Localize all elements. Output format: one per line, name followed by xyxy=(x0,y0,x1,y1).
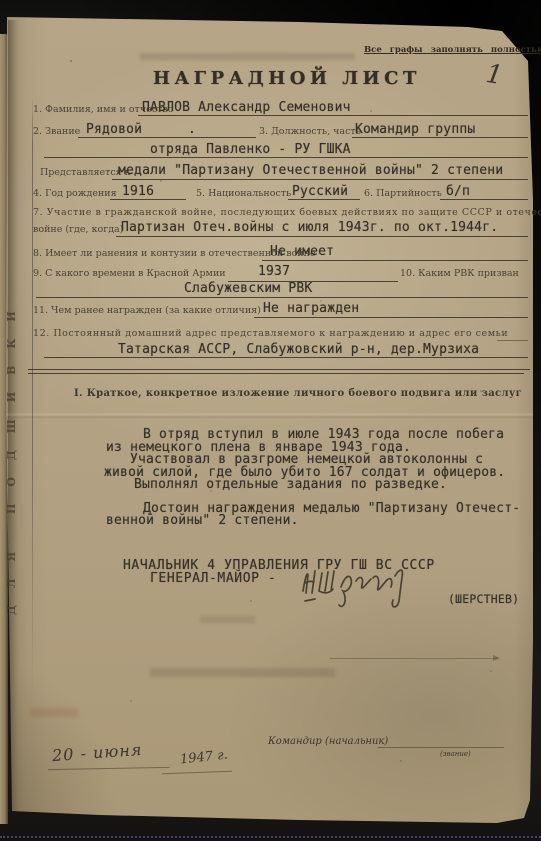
field-2-label: 2. Звание xyxy=(33,126,80,137)
scan-artifact-line xyxy=(0,836,541,838)
field-2-period: . xyxy=(188,122,196,137)
field-12-underline xyxy=(44,357,528,358)
field-1-value: ПАВЛОВ Александр Семенович xyxy=(142,100,351,115)
field-6-value: б/п xyxy=(446,184,470,199)
filing-margin-text: ДЛЯ ПОДШИВКИ xyxy=(5,185,18,615)
field-1-underline xyxy=(138,115,528,116)
field-4-underline xyxy=(110,199,186,200)
field-10-label: 10. Каким РВК призван xyxy=(400,268,519,279)
fold-crease xyxy=(6,412,533,419)
field-7-label-line1: 7. Участие в гражданской войне, последую… xyxy=(33,207,541,218)
presented-for-value: медали "Партизану Отечественной войны" 2… xyxy=(118,163,503,178)
signature-scribble xyxy=(298,560,423,615)
field-8-value: Не имеет xyxy=(270,244,334,259)
field-3-value-line1: Командир группы xyxy=(355,122,475,137)
field-11-label: 11. Чем ранее награжден (за какие отличи… xyxy=(33,305,261,316)
field-12-label-underline xyxy=(497,340,528,341)
field-3-underline-1 xyxy=(352,137,528,138)
field-10-value: Слабужевским РВК xyxy=(184,281,312,296)
field-7-value: Партизан Отеч.войны с июля 1943г. по окт… xyxy=(121,220,498,235)
field-9-label: 9. С какого времени в Красной Армии xyxy=(33,268,226,279)
scanned-award-document: { "header": { "note": "Все графы заполня… xyxy=(0,0,541,841)
signer-name: (ШЕРСТНЕВ) xyxy=(448,592,519,606)
presented-for-underline xyxy=(112,179,528,180)
field-3-label: 3. Должность, часть xyxy=(259,126,361,137)
conclusion-line-2: венной войны" 2 степени. xyxy=(106,513,299,528)
field-11-underline xyxy=(254,317,528,318)
field-2-value: Рядовой xyxy=(86,122,142,137)
fill-all-fields-note: Все графы заполнять полностью xyxy=(364,45,541,55)
field-6-label: 6. Партийность xyxy=(364,188,442,199)
field-5-label: 5. Национальность xyxy=(196,188,291,199)
faint-red-mark xyxy=(30,708,78,717)
field-7-underline xyxy=(116,236,528,237)
field-6-underline xyxy=(440,199,528,200)
rank-hint: (звание) xyxy=(440,750,471,758)
margin-rule xyxy=(32,96,33,692)
bleedthrough-smudge-top xyxy=(140,53,355,60)
field-11-value: Не награжден xyxy=(263,301,359,316)
field-8-underline xyxy=(262,260,528,261)
field-5-underline xyxy=(288,199,360,200)
field-5-value: Русский xyxy=(292,184,348,199)
citation-line-5: Выполнял отдельные задания по разведке. xyxy=(134,477,447,492)
field-4-value: 1916 xyxy=(122,184,154,199)
field-3-underline-2 xyxy=(44,157,528,158)
section-divider-bottom xyxy=(28,373,524,374)
signer-title-line2: ГЕНЕРАЛ-МАЙОР - xyxy=(150,571,276,586)
field-7-label-line2: войне (где, когда) xyxy=(33,224,123,235)
faint-arrow-line xyxy=(330,658,498,659)
field-9-value: 1937 xyxy=(258,264,290,279)
paper-specks xyxy=(70,60,72,62)
field-3-value-line2: отряда Павленко - РУ ГШКА xyxy=(150,142,351,157)
bleedthrough-smudge-1 xyxy=(200,616,255,623)
commander-signature-line xyxy=(378,747,504,748)
document-title: НАГРАДНОЙ ЛИСТ xyxy=(153,68,421,89)
commander-label: Командир (начальник) xyxy=(268,736,388,747)
field-2-underline xyxy=(78,137,256,138)
bleedthrough-smudge-2 xyxy=(150,668,335,677)
section-heading: I. Краткое, конкретное изложение личного… xyxy=(74,388,522,399)
field-10-underline xyxy=(36,297,528,298)
section-divider-top xyxy=(28,369,530,370)
field-4-label: 4. Год рождения xyxy=(33,188,117,199)
field-12-label: 12. Постоянный домашний адрес представля… xyxy=(33,328,508,339)
field-12-value: Татарская АССР, Слабужовский р-н, дер.Му… xyxy=(118,342,479,357)
